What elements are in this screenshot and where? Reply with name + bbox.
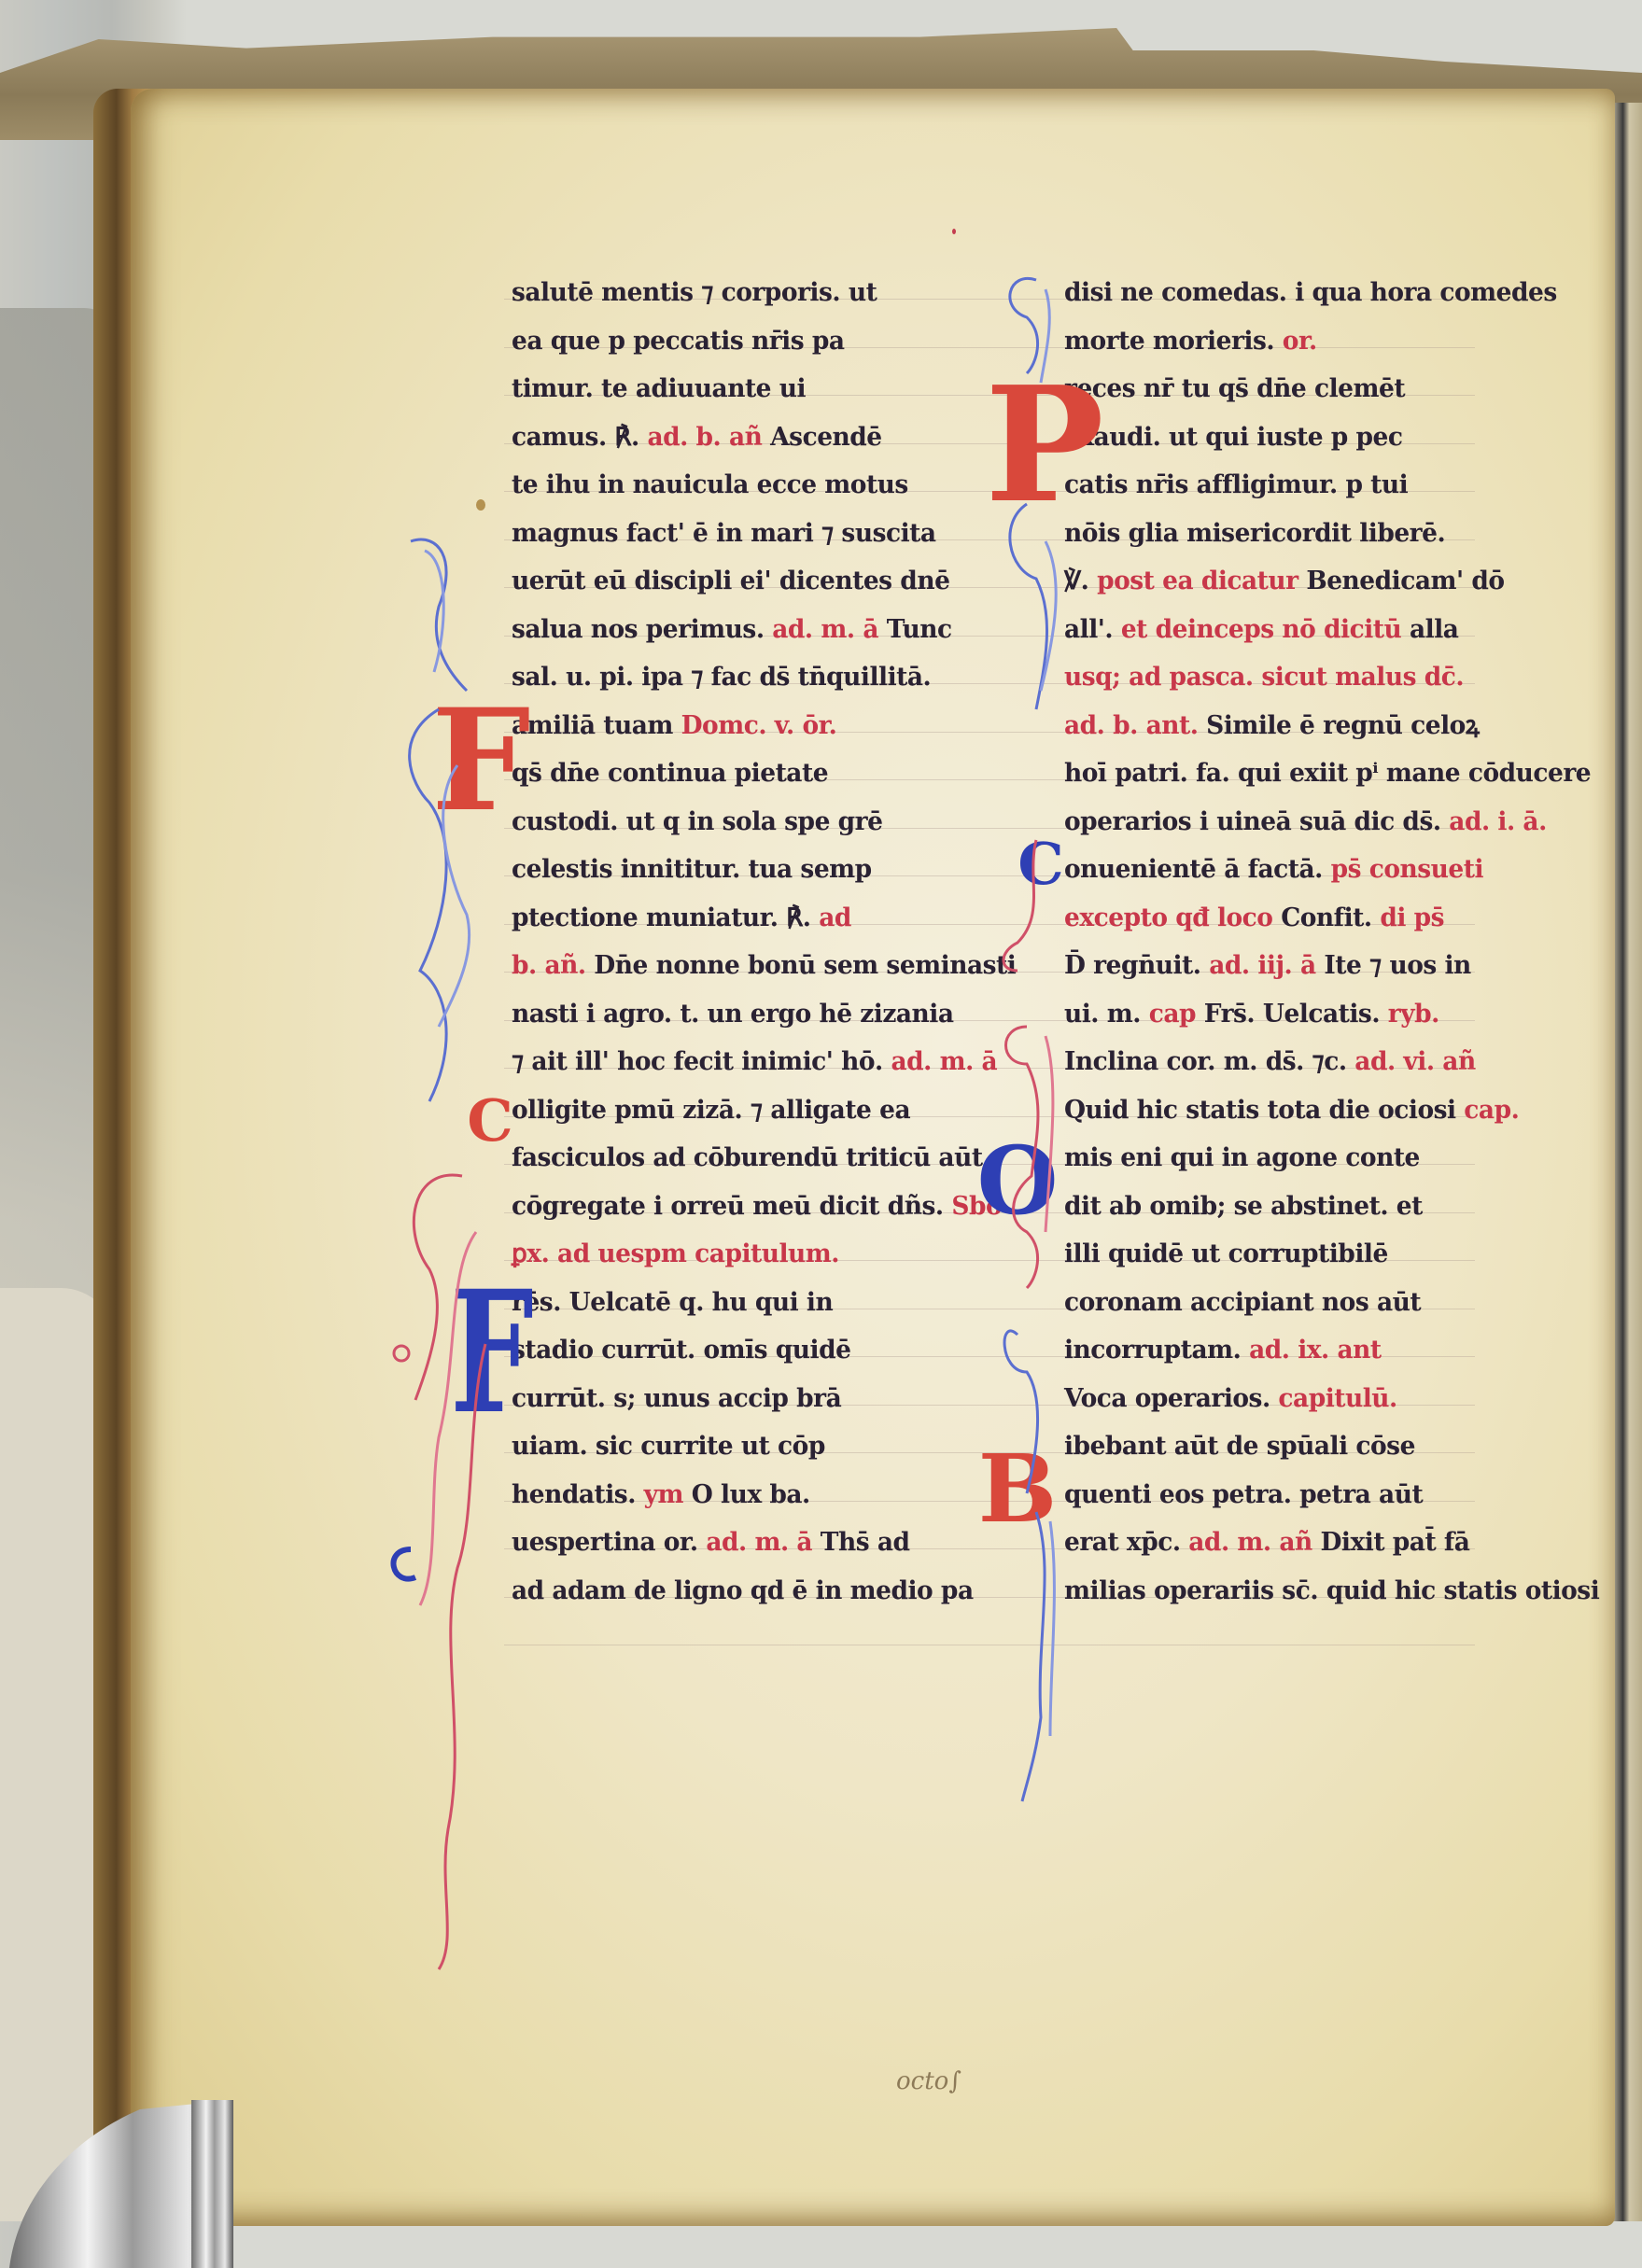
rubric-text: usq; ad pasca. sicut malus dc̄. (1064, 663, 1464, 692)
rubric-text: cap. (1464, 1096, 1519, 1125)
left_column-line: uespertina or. ad. m. ā Ths̄ ad (512, 1519, 969, 1567)
rubric-text: ad. b. ant. (1064, 711, 1206, 740)
rubric-text: cap (1149, 1000, 1196, 1029)
initial-C-red: C (467, 1092, 513, 1150)
body-text: olligite pmū zizā. ⁊ alligate ea (512, 1096, 910, 1125)
body-text: hoī patri. fa. qui exiit pⁱ mane cōducer… (1064, 759, 1591, 788)
body-text: ptectione muniatur. ℟. (512, 903, 819, 932)
left_column-line: amiliā tuam Domc. v. ōr. (512, 702, 969, 750)
book-gutter (1610, 103, 1642, 2221)
body-text: uespertina or. (512, 1528, 706, 1557)
initial-C-blue: C (1013, 835, 1069, 893)
body-text: amiliā tuam (512, 711, 681, 740)
right_column-line: Inclina cor. m. ds̄. ⁊c. ad. vi. añ (1064, 1038, 1512, 1086)
right_column-line: usq; ad pasca. sicut malus dc̄. (1064, 653, 1512, 702)
left_column-line: b. añ. Dn̄e nonne bonū sem seminasti (512, 942, 969, 990)
body-text: D̄ regn̄uit. (1064, 951, 1209, 980)
rubric-text: ad. m. ā (772, 615, 878, 644)
initial-B-red: B (966, 1442, 1069, 1535)
body-text: celestis innititur. tua semp (512, 855, 872, 884)
right_column-line: catis nr̄is affligimur. p tui (1064, 461, 1512, 510)
right_column-line: disi ne comedas. i qua hora comedes (1064, 269, 1512, 317)
right_column-line: all'. et deinceps nō dicitū alla (1064, 606, 1512, 654)
right_column-line: erat xp̄c. ad. m. añ Dixit pat̄ fā (1064, 1519, 1512, 1567)
right_column-line: ui. m. cap Frs̄. Uelcatis. ryb. (1064, 990, 1512, 1039)
left_column-line: currūt. s; unus accip brā (512, 1375, 969, 1423)
right_column-line: onuenientē ā factā. ps̄ consueti (1064, 846, 1512, 894)
body-text: qs̄ dn̄e continua pietate (512, 759, 828, 788)
rubric-text: di ps̄ (1380, 903, 1444, 932)
body-text: nasti i agro. t. un ergo hē zizania (512, 1000, 954, 1029)
right_column-line: ad. b. ant. Simile ē regnū celoꝝ (1064, 702, 1512, 750)
right_column-line: nōis glia misericordit liberē. (1064, 510, 1512, 558)
right_column-line: Voca operarios. capitulū. (1064, 1375, 1512, 1423)
left_column-line: qs̄ dn̄e continua pietate (512, 749, 969, 798)
right_column-line: excepto qđ loco Confit. di ps̄ (1064, 894, 1512, 943)
rubric-text: excepto qđ loco (1064, 903, 1281, 932)
body-text: Dixit pat̄ fā (1312, 1528, 1470, 1557)
body-text: magnus fact' ē in mari ⁊ suscita (512, 519, 936, 548)
stain-spot (476, 499, 485, 511)
rubric-text: capitulū. (1278, 1384, 1396, 1413)
initial-O-blue: O (971, 1134, 1064, 1227)
right_column-line: illi quidē ut corruptibilē (1064, 1230, 1512, 1279)
body-text: incorruptam. (1064, 1336, 1249, 1365)
left_column-line: celestis innititur. tua semp (512, 846, 969, 894)
left_column-line: nasti i agro. t. un ergo hē zizania (512, 990, 969, 1039)
body-text: Tunc (878, 615, 952, 644)
body-text: ad adam de ligno qd ē in medio pa (512, 1576, 974, 1605)
body-text: te ihu in nauicula ecce motus (512, 470, 908, 499)
catchword: octo∫ (896, 2067, 961, 2095)
left_column-line: custodi. ut q in sola spe grē (512, 798, 969, 847)
right_column-line: hoī patri. fa. qui exiit pⁱ mane cōducer… (1064, 749, 1512, 798)
left_column-line: salutē mentis ⁊ corporis. ut (512, 269, 969, 317)
body-text: Confit. (1281, 903, 1380, 932)
rubric-text: ad. i. ā. (1449, 807, 1546, 836)
body-text: Dn̄e nonne bonū sem seminasti (594, 951, 1016, 980)
rubric-text: b. añ. (512, 951, 594, 980)
text-column-right: disi ne comedas. i qua hora comedesmorte… (1064, 269, 1522, 1615)
text-column-left: salutē mentis ⁊ corporis. utea que p pec… (512, 269, 978, 1615)
rubric-text: ad. m. añ (1188, 1528, 1312, 1557)
rubric-text: ad (819, 903, 851, 932)
body-text: ℣. (1064, 567, 1097, 595)
body-text: quenti eos petra. petra aūt (1064, 1480, 1423, 1509)
body-text: onuenientē ā factā. (1064, 855, 1331, 884)
body-text: Quid hic statis tota die ociosi (1064, 1096, 1464, 1125)
ink-dot (952, 229, 956, 234)
body-text: uerūt eū discipli ei' dicentes dnē (512, 567, 949, 595)
left_column-line: te ihu in nauicula ecce motus (512, 461, 969, 510)
body-text: disi ne comedas. i qua hora comedes (1064, 278, 1557, 307)
right_column-line: operarios i uineā suā dic ds̄. ad. i. ā. (1064, 798, 1512, 847)
body-text: cōgregate i orreū meū dicit dñs. (512, 1192, 951, 1221)
body-text: Voca operarios. (1064, 1384, 1278, 1413)
body-text: salua nos perimus. (512, 615, 772, 644)
left_column-line: sal. u. pi. ipa ⁊ fac ds̄ tn̄quillitā. (512, 653, 969, 702)
body-text: currūt. s; unus accip brā (512, 1384, 841, 1413)
body-text: Ascendē (762, 423, 881, 452)
right_column-line: mis eni qui in agone conte (1064, 1134, 1512, 1183)
body-text: Simile ē regnū celoꝝ (1206, 711, 1479, 740)
body-text: coronam accipiant nos aūt (1064, 1288, 1421, 1317)
book-clip (0, 2100, 243, 2268)
rubric-text: ym (644, 1480, 683, 1509)
right_column-line: ibebant aūt de spūali cōse (1064, 1422, 1512, 1471)
body-text: Frs̄. Uelcatis. (1196, 1000, 1388, 1029)
rubric-text: ad. b. añ (647, 423, 762, 452)
rubric-text: Domc. v. ōr. (681, 711, 837, 740)
left_column-line: uiam. sic currite ut cōp (512, 1422, 969, 1471)
body-text: nōis glia misericordit liberē. (1064, 519, 1445, 548)
left_column-line: ea que p peccatis nr̄is pa (512, 317, 969, 366)
initial-P-red: P (985, 366, 1088, 525)
body-text: camus. ℟. (512, 423, 647, 452)
rubric-text: or. (1283, 327, 1317, 356)
body-text: ⁊ ait ill' hoc fecit inimic' hō. (512, 1047, 891, 1076)
body-text: ui. m. (1064, 1000, 1149, 1029)
body-text: milias operariis sc̄. quid hic statis ot… (1064, 1576, 1599, 1605)
left_column-line: uerūt eū discipli ei' dicentes dnē (512, 557, 969, 606)
body-text: timur. te adiuuante ui (512, 374, 806, 403)
body-text: sal. u. pi. ipa ⁊ fac ds̄ tn̄quillitā. (512, 663, 931, 692)
body-text: Benedicam' dō (1298, 567, 1505, 595)
body-text: erat xp̄c. (1064, 1528, 1188, 1557)
body-text: reces nr̄ tu qs̄ dn̄e clemēt (1064, 374, 1405, 403)
body-text: dit ab omib; se abstinet. et (1064, 1192, 1423, 1221)
left_column-line: ptectione muniatur. ℟. ad (512, 894, 969, 943)
right_column-line: incorruptam. ad. ix. ant (1064, 1326, 1512, 1375)
body-text: ibebant aūt de spūali cōse (1064, 1432, 1415, 1461)
left_column-line: camus. ℟. ad. b. añ Ascendē (512, 413, 969, 462)
right_column-line: exaudi. ut qui iuste p pec (1064, 413, 1512, 462)
ruling-line (504, 1645, 1475, 1645)
right_column-line: Quid hic statis tota die ociosi cap. (1064, 1086, 1512, 1135)
body-text: exaudi. ut qui iuste p pec (1064, 423, 1403, 452)
right_column-line: ℣. post ea dicatur Benedicam' dō (1064, 557, 1512, 606)
body-text: Inclina cor. m. ds̄. ⁊c. (1064, 1047, 1354, 1076)
body-text: all'. (1064, 615, 1121, 644)
rubric-text: post ea dicatur (1097, 567, 1298, 595)
left_column-line: ad adam de ligno qd ē in medio pa (512, 1567, 969, 1616)
rubric-text: ad. m. ā (891, 1047, 997, 1076)
body-text: Ths̄ ad (812, 1528, 909, 1557)
body-text: ea que p peccatis nr̄is pa (512, 327, 845, 356)
body-text: illi quidē ut corruptibilē (1064, 1239, 1388, 1268)
body-text: rēs. Uelcatē q. hu qui in (512, 1288, 833, 1317)
right_column-line: dit ab omib; se abstinet. et (1064, 1183, 1512, 1231)
rubric-text: ꝑx. ad uespm capitulum. (512, 1239, 839, 1268)
left_column-line: olligite pmū zizā. ⁊ alligate ea (512, 1086, 969, 1135)
body-text: morte morieris. (1064, 327, 1283, 356)
left_column-line: hendatis. ym O lux ba. (512, 1471, 969, 1519)
right_column-line: milias operariis sc̄. quid hic statis ot… (1064, 1567, 1512, 1616)
rubric-text: ryb. (1388, 1000, 1439, 1029)
right_column-line: D̄ regn̄uit. ad. iij. ā Ite ⁊ uos in (1064, 942, 1512, 990)
rubric-text: ad. m. ā (706, 1528, 812, 1557)
rubric-text: ps̄ consueti (1331, 855, 1483, 884)
body-text: O lux ba. (683, 1480, 810, 1509)
left_column-line: ⁊ ait ill' hoc fecit inimic' hō. ad. m. … (512, 1038, 969, 1086)
body-text: mis eni qui in agone conte (1064, 1143, 1420, 1172)
right_column-line: coronam accipiant nos aūt (1064, 1279, 1512, 1327)
body-text: catis nr̄is affligimur. p tui (1064, 470, 1408, 499)
initial-F-blue: F (450, 1269, 512, 1437)
left_column-line: ꝑx. ad uespm capitulum. (512, 1230, 969, 1279)
body-text: operarios i uineā suā dic ds̄. (1064, 807, 1449, 836)
left_column-line: stadio currūt. omīs quidē (512, 1326, 969, 1375)
rubric-text: ad. ix. ant (1249, 1336, 1382, 1365)
rubric-text: ad. vi. añ (1354, 1047, 1475, 1076)
rubric-text: ad. iij. ā (1209, 951, 1315, 980)
body-text: alla (1401, 615, 1458, 644)
initial-F-red: F (431, 691, 525, 831)
body-text: custodi. ut q in sola spe grē (512, 807, 882, 836)
rubric-text: et deinceps nō dicitū (1121, 615, 1401, 644)
left_column-line: timur. te adiuuante ui (512, 365, 969, 413)
body-text: hendatis. (512, 1480, 644, 1509)
body-text: Ite ⁊ uos in (1316, 951, 1471, 980)
left_column-line: rēs. Uelcatē q. hu qui in (512, 1279, 969, 1327)
body-text: stadio currūt. omīs quidē (512, 1336, 850, 1365)
left_column-line: fasciculos ad cōburendū triticū aūt (512, 1134, 969, 1183)
left_column-line: salua nos perimus. ad. m. ā Tunc (512, 606, 969, 654)
body-text: fasciculos ad cōburendū triticū aūt (512, 1143, 983, 1172)
left_column-line: cōgregate i orreū meū dicit dñs. Sbo (512, 1183, 969, 1231)
body-text: uiam. sic currite ut cōp (512, 1432, 825, 1461)
right_column-line: quenti eos petra. petra aūt (1064, 1471, 1512, 1519)
left_column-line: magnus fact' ē in mari ⁊ suscita (512, 510, 969, 558)
right_column-line: reces nr̄ tu qs̄ dn̄e clemēt (1064, 365, 1512, 413)
body-text: salutē mentis ⁊ corporis. ut (512, 278, 877, 307)
right_column-line: morte morieris. or. (1064, 317, 1512, 366)
